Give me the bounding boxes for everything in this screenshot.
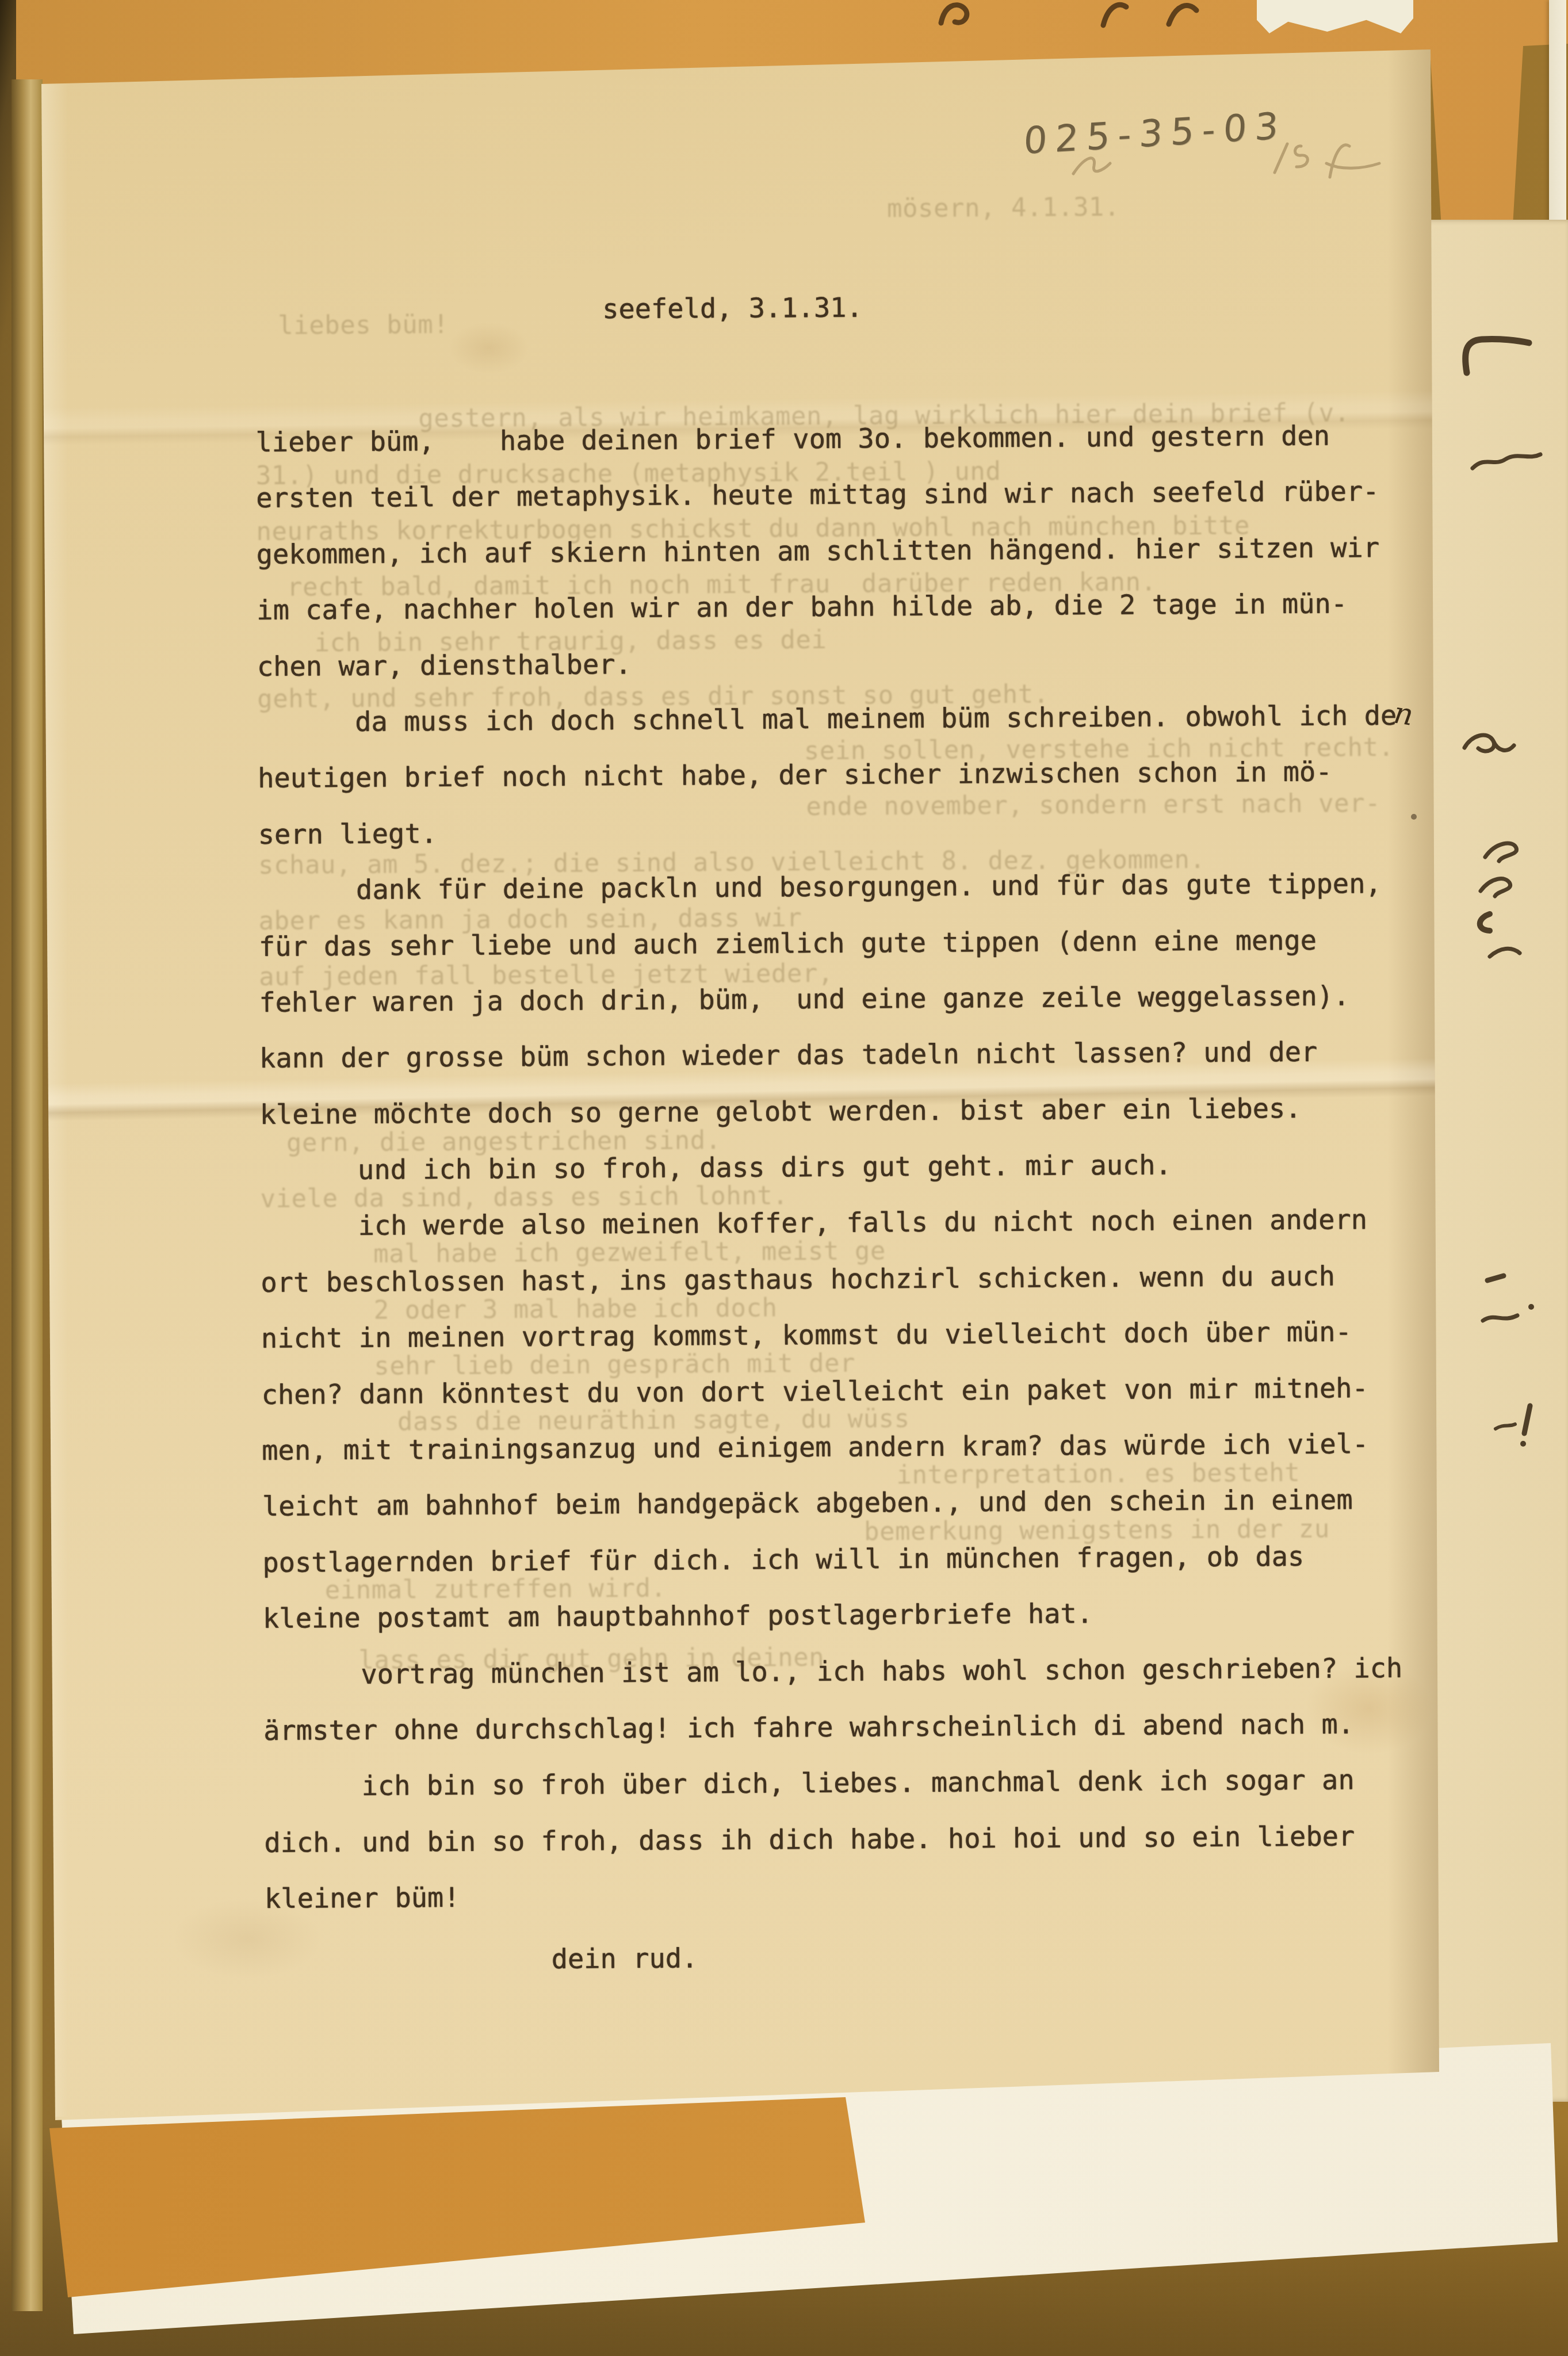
signature: dein rud. <box>551 1942 698 1975</box>
letter-line: postlagernden brief für dich. ich will i… <box>262 1540 1402 1603</box>
letter-line: dich. und bin so froh, dass ih dich habe… <box>264 1820 1403 1883</box>
letter-line: ärmster ohne durchschlag! ich fahre wahr… <box>263 1708 1403 1771</box>
letter-line: kleiner büm! <box>265 1876 1404 1939</box>
letter-line: vortrag münchen ist am lo., ich habs woh… <box>263 1652 1402 1715</box>
letter-line: dank für deine packln und besorgungen. u… <box>258 868 1398 931</box>
letter-line: nicht in meinen vortrag kommst, kommst d… <box>261 1316 1401 1379</box>
letter-line: sern liegt. <box>258 812 1397 875</box>
letter-line: da muss ich doch schnell mal meinem büm … <box>257 700 1397 763</box>
letter-line: und ich bin so froh, dass dirs gut geht.… <box>260 1148 1399 1211</box>
letter-line: men, mit trainingsanzug und einigem ande… <box>262 1428 1401 1491</box>
archive-number: 025-35-03 <box>1023 105 1287 163</box>
letter-line: ich werde also meinen koffer, falls du n… <box>261 1204 1400 1267</box>
letter-line: für das sehr liebe und auch ziemlich gut… <box>259 924 1398 986</box>
letter-line: ort beschlossen hast, ins gasthaus hochz… <box>261 1260 1400 1323</box>
letter-line: leicht am bahnhof beim handgepäck abgebe… <box>262 1484 1402 1547</box>
letter-line: fehler waren ja doch drin, büm, und eine… <box>259 980 1398 1043</box>
letter-line: ich bin so froh über dich, liebes. manch… <box>264 1764 1403 1827</box>
scanned-letter-photo: mösern, 4.1.31.liebes büm!gestern, als w… <box>0 0 1568 2356</box>
letter-line: ersten teil der metaphysik. heute mittag… <box>256 476 1395 538</box>
letter-line: lieber büm, habe deinen brief vom 3o. be… <box>255 420 1395 483</box>
letter-body: lieber büm, habe deinen brief vom 3o. be… <box>255 420 1404 1940</box>
bleedthrough-fragment: mösern, 4.1.31. <box>887 195 1120 221</box>
dateline: seefeld, 3.1.31. <box>602 292 863 326</box>
paper-stack-left-edge <box>12 79 43 2311</box>
letter-text-group: mösern, 4.1.31.liebes büm!gestern, als w… <box>0 0 1568 2356</box>
letter-line: kleine möchte doch so gerne gelobt werde… <box>259 1092 1399 1155</box>
letter-line: chen war, diensthalber. <box>257 644 1397 706</box>
bleedthrough-fragment: liebes büm! <box>278 312 449 339</box>
letter-line: chen? dann könntest du von dort vielleic… <box>261 1372 1401 1435</box>
letter-line: im cafe, nachher holen wir an der bahn h… <box>257 588 1396 651</box>
letter-sheet: mösern, 4.1.31.liebes büm!gestern, als w… <box>0 0 1568 2356</box>
letter-line: gekommen, ich auf skiern hinten am schli… <box>257 532 1396 595</box>
letter-line: heutigen brief noch nicht habe, der sich… <box>258 756 1397 819</box>
letter-line: kleine postamt am hauptbahnhof postlager… <box>263 1596 1402 1659</box>
letter-line: kann der grosse büm schon wieder das tad… <box>259 1036 1399 1099</box>
